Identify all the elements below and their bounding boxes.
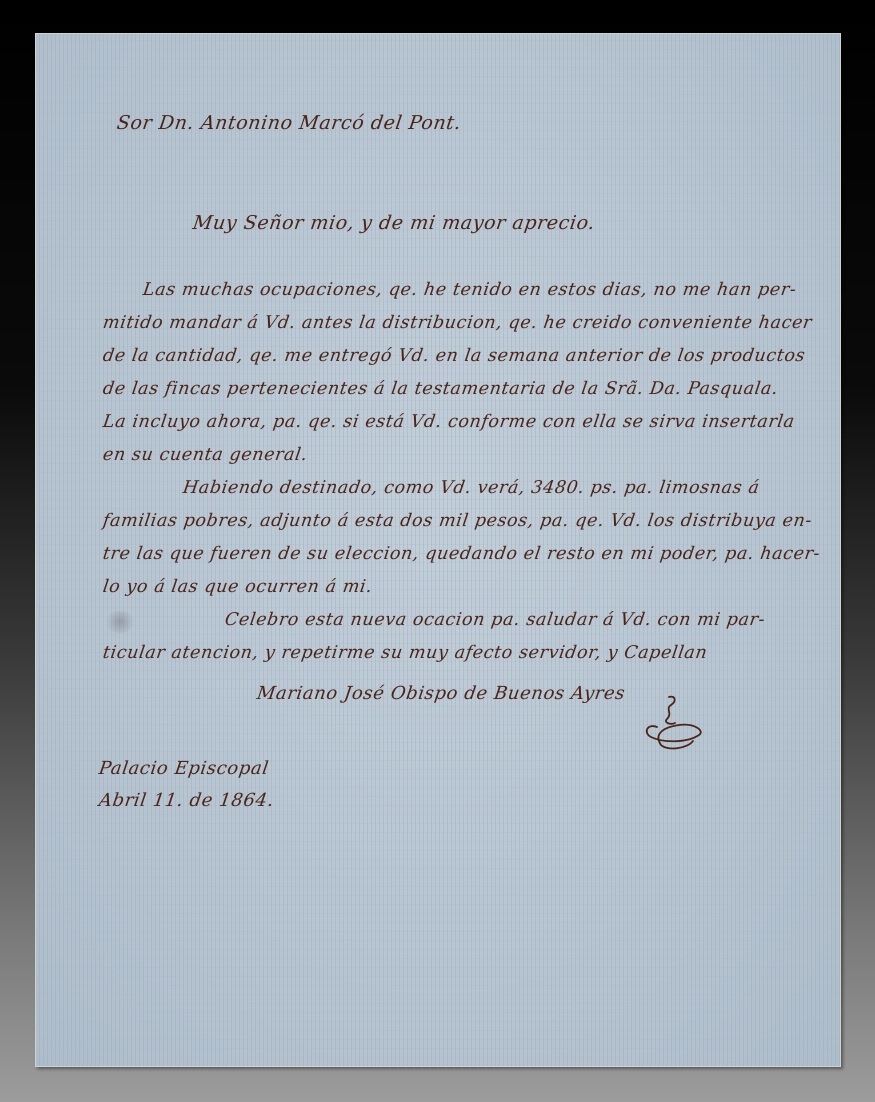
rubric-flourish-icon xyxy=(635,693,715,753)
body-line-11: Celebro esta nueva ocacion pa. saludar á… xyxy=(224,610,767,630)
body-line-9: tre las que fueren de su eleccion, queda… xyxy=(102,544,822,564)
addressee: Sor Dn. Antonino Marcó del Pont. xyxy=(115,112,462,134)
letter-paper: Sor Dn. Antonino Marcó del Pont. Muy Señ… xyxy=(35,33,841,1067)
place: Palacio Episcopal xyxy=(98,758,271,779)
body-line-2: mitido mandar á Vd. antes la distribucio… xyxy=(102,313,814,333)
body-line-12: ticular atencion, y repetirme su muy afe… xyxy=(102,643,709,663)
salutation: Muy Señor mio, y de mi mayor aprecio. xyxy=(191,212,596,234)
body-line-1: Las muchas ocupaciones, qe. he tenido en… xyxy=(142,280,798,300)
body-line-5: La incluyo ahora, pa. qe. si está Vd. co… xyxy=(102,412,796,432)
date: Abril 11. de 1864. xyxy=(98,790,276,811)
body-line-8: familias pobres, adjunto á esta dos mil … xyxy=(102,511,814,531)
signature: Mariano José Obispo de Buenos Ayres xyxy=(256,683,627,704)
body-line-4: de las fincas pertenecientes á la testam… xyxy=(102,379,780,399)
body-line-7: Habiendo destinado, como Vd. verá, 3480.… xyxy=(182,478,761,498)
ink-stain xyxy=(105,611,135,633)
body-line-3: de la cantidad, qe. me entregó Vd. en la… xyxy=(102,346,807,366)
body-line-6: en su cuenta general. xyxy=(102,445,309,465)
body-line-10: lo yo á las que ocurren á mi. xyxy=(102,577,374,597)
